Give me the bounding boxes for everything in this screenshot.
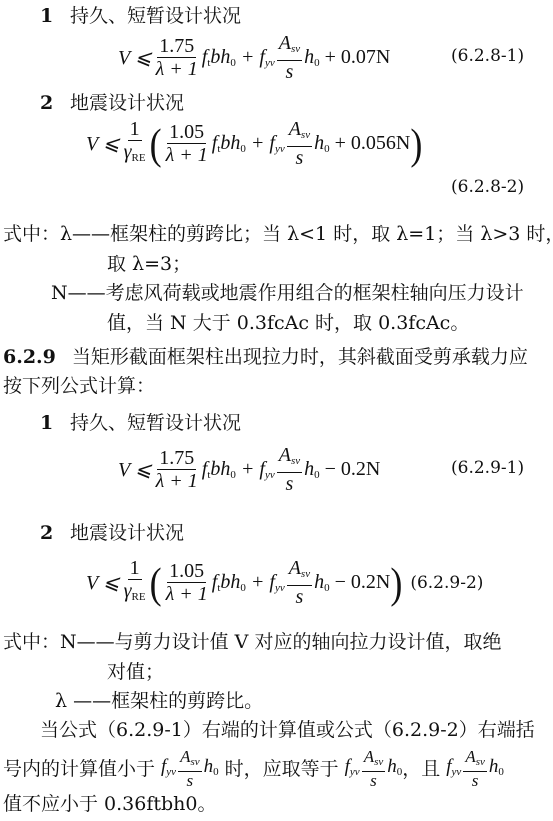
definition-continuation: 对值； xyxy=(107,660,164,684)
note-line: 当公式（6.2.9-1）右端的计算值或公式（6.2.9-2）右端括 xyxy=(40,718,535,742)
fraction: 1.75λ + 1 xyxy=(154,35,200,80)
equation-6-2-9-2: V ⩽ 1γRE ( 1.05λ + 1 ftbh0 + fyv Asvs h0… xyxy=(86,557,483,608)
where-lambda-line: 式中：λ——框架柱的剪跨比；当 λ<1 时，取 λ=1；当 λ>3 时， xyxy=(3,222,553,246)
equation-label: (6.2.8-2) xyxy=(451,177,524,197)
where-N-line: N——考虑风荷载或地震作用组合的框架柱轴向压力设计 xyxy=(51,281,524,305)
definition-text: λ——框架柱的剪跨比；当 λ<1 时，取 λ=1；当 λ>3 时， xyxy=(60,223,553,245)
where-lambda-line: λ ——框架柱的剪跨比。 xyxy=(55,689,263,713)
case-number: 1 xyxy=(40,4,70,28)
numerator: 1.75 xyxy=(157,447,196,470)
case-title: 持久、短暂设计状况 xyxy=(70,412,241,434)
case-title: 地震设计状况 xyxy=(70,92,184,114)
definition-continuation: 取 λ=3； xyxy=(107,252,191,276)
case-title: 地震设计状况 xyxy=(70,522,184,544)
denominator: λ + 1 xyxy=(164,144,210,166)
equation-label: (6.2.8-1) xyxy=(451,46,524,66)
eq-lhs: V ⩽ xyxy=(86,570,120,595)
numerator: 1.75 xyxy=(157,35,196,58)
definition-continuation: 值，当 N 大于 0.3fcAc 时，取 0.3fcAc。 xyxy=(107,311,469,335)
equation-6-2-8-2: V ⩽ 1γRE ( 1.05λ + 1 ftbh0 + fyv Asvs h0… xyxy=(86,118,422,169)
case-number: 2 xyxy=(40,521,70,545)
case-heading: 1持久、短暂设计状况 xyxy=(40,4,241,28)
case-title: 持久、短暂设计状况 xyxy=(70,5,241,27)
equation-6-2-9-1: V ⩽ 1.75λ + 1 ftbh0 + fyv Asvs h0 − 0.2N xyxy=(118,444,380,495)
fraction: Asvs xyxy=(277,32,302,83)
eq-lhs: V ⩽ xyxy=(86,131,120,156)
where-prefix: 式中： xyxy=(3,631,60,653)
case-heading: 2地震设计状况 xyxy=(40,521,184,545)
denominator: λ + 1 xyxy=(164,583,210,605)
where-N-line: 式中：N——与剪力设计值 V 对应的轴向拉力设计值，取绝 xyxy=(3,630,501,654)
numerator: 1.05 xyxy=(167,121,206,144)
denominator: λ + 1 xyxy=(154,58,200,80)
numerator: 1 xyxy=(128,118,142,141)
eq-term: − 0.2N xyxy=(335,571,391,594)
section-heading: 6.2.9当矩形截面框架柱出现拉力时，其斜截面受剪承载力应 xyxy=(3,345,528,369)
numerator: 1 xyxy=(128,557,142,580)
note-text: ，且 xyxy=(402,757,440,781)
note-line: 值不应小于 0.36ftbh0。 xyxy=(3,792,217,816)
section-number: 6.2.9 xyxy=(3,346,56,368)
eq-term: + 0.056N xyxy=(335,132,411,155)
section-intro-cont: 按下列公式计算： xyxy=(3,374,155,398)
definition-text: N——与剪力设计值 V 对应的轴向拉力设计值，取绝 xyxy=(60,631,501,653)
denominator: λ + 1 xyxy=(154,470,200,492)
case-heading: 1持久、短暂设计状况 xyxy=(40,411,241,435)
case-number: 2 xyxy=(40,91,70,115)
equation-label: (6.2.9-2) xyxy=(410,573,483,593)
eq-term: − 0.2N xyxy=(325,458,381,481)
eq-term: + 0.07N xyxy=(325,46,391,69)
case-number: 1 xyxy=(40,411,70,435)
eq-lhs: V ⩽ xyxy=(118,457,152,482)
equation-6-2-8-1: V ⩽ 1.75λ + 1 ftbh0 + fyv Asvs h0 + 0.07… xyxy=(118,32,390,83)
section-intro: 当矩形截面框架柱出现拉力时，其斜截面受剪承载力应 xyxy=(72,346,528,368)
note-text: 号内的计算值小于 xyxy=(3,757,155,781)
note-text: 时，应取等于 xyxy=(225,757,339,781)
numerator: 1.05 xyxy=(167,560,206,583)
equation-label: (6.2.9-1) xyxy=(451,458,524,478)
where-prefix: 式中： xyxy=(3,223,60,245)
case-heading: 2地震设计状况 xyxy=(40,91,184,115)
note-line: 号内的计算值小于 fyvAsvsh0 时，应取等于 fyvAsvsh0 ，且 f… xyxy=(3,748,504,790)
eq-lhs: V ⩽ xyxy=(118,45,152,70)
